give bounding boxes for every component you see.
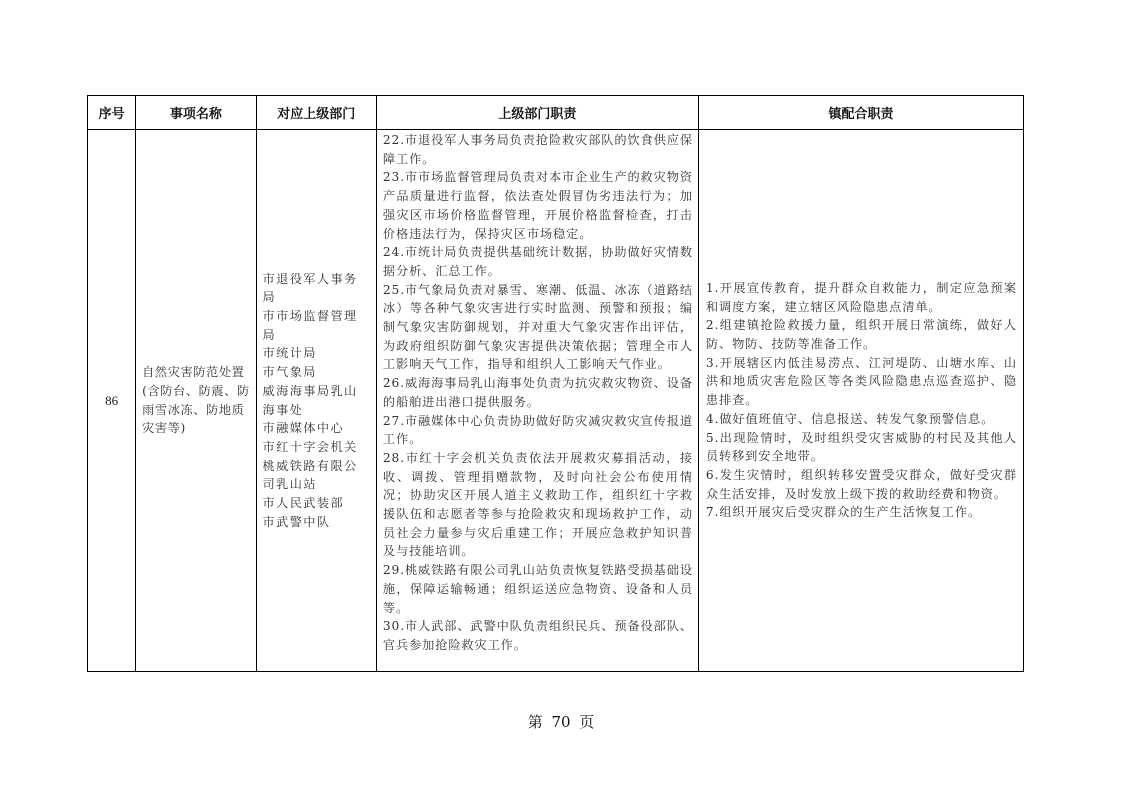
header-item-name: 事项名称 (136, 96, 256, 130)
table-header-row: 序号 事项名称 对应上级部门 上级部门职责 镇配合职责 (88, 96, 1024, 130)
department-line: 市统计局 (263, 344, 372, 363)
town-duty-item: 5.出现险情时，及时组织受灾害威胁的村民及其他人员转移到安全地带。 (706, 429, 1017, 466)
upper-duty-item: 29.桃威铁路有限公司乳山站负责恢复铁路受损基础设施，保障运输畅通；组织运送应急… (383, 561, 693, 617)
page-number: 第 70 页 (0, 711, 1122, 732)
cell-seq: 86 (88, 130, 136, 672)
town-duty-item: 1.开展宣传教育，提升群众自救能力，制定应急预案和调度方案，建立辖区风险隐患点清… (706, 279, 1017, 316)
table-row: 86 自然灾害防范处置(含防台、防震、防雨雪冰冻、防地质灾害等) 市退役军人事务… (88, 130, 1024, 672)
town-duty-item: 2.组建镇抢险救援力量，组织开展日常演练，做好人防、物防、技防等准备工作。 (706, 316, 1017, 353)
responsibility-table: 序号 事项名称 对应上级部门 上级部门职责 镇配合职责 86 自然灾害防范处置(… (87, 95, 1024, 672)
upper-duty-item: 25.市气象局负责对暴雪、寒潮、低温、冰冻（道路结冰）等各种气象灾害进行实时监测… (383, 281, 693, 375)
header-upper-department: 对应上级部门 (256, 96, 376, 130)
department-line: 局 (263, 288, 372, 307)
town-duty-item: 4.做好值班值守、信息报送、转发气象预警信息。 (706, 410, 1017, 429)
upper-duty-item: 23.市市场监督管理局负责对本市企业生产的救灾物资产品质量进行监督，依法查处假冒… (383, 168, 693, 243)
department-line: 市市场监督管理 (263, 307, 372, 326)
header-upper-duties: 上级部门职责 (376, 96, 698, 130)
department-line: 市红十字会机关 (263, 438, 372, 457)
upper-duty-item: 28.市红十字会机关负责依法开展救灾募捐活动，接收、调拨、管理捐赠款物，及时向社… (383, 449, 693, 561)
department-line: 市退役军人事务 (263, 270, 372, 289)
town-duty-item: 7.组织开展灾后受灾群众的生产生活恢复工作。 (706, 503, 1017, 522)
cell-item-name: 自然灾害防范处置(含防台、防震、防雨雪冰冻、防地质灾害等) (136, 130, 256, 672)
department-line: 威海海事局乳山 (263, 382, 372, 401)
department-line: 海事处 (263, 401, 372, 420)
cell-departments: 市退役军人事务 局 市市场监督管理 局 市统计局 市气象局 威海海事局乳山 海事… (256, 130, 376, 672)
upper-duty-item: 26.威海海事局乳山海事处负责为抗灾救灾物资、设备的船舶进出港口提供服务。 (383, 374, 693, 411)
header-town-duties: 镇配合职责 (698, 96, 1023, 130)
upper-duty-item: 30.市人武部、武警中队负责组织民兵、预备役部队、官兵参加抢险救灾工作。 (383, 617, 693, 654)
upper-duty-item: 24.市统计局负责提供基础统计数据，协助做好灾情数据分析、汇总工作。 (383, 243, 693, 280)
department-line: 市人民武装部 (263, 494, 372, 513)
department-line: 市气象局 (263, 363, 372, 382)
upper-duty-item: 27.市融媒体中心负责协助做好防灾减灾救灾宣传报道工作。 (383, 412, 693, 449)
department-line: 市武警中队 (263, 513, 372, 532)
cell-town-duties: 1.开展宣传教育，提升群众自救能力，制定应急预案和调度方案，建立辖区风险隐患点清… (698, 130, 1023, 672)
department-line: 局 (263, 326, 372, 345)
department-line: 市融媒体中心 (263, 419, 372, 438)
department-line: 桃威铁路有限公 (263, 457, 372, 476)
town-duty-item: 6.发生灾情时，组织转移安置受灾群众，做好受灾群众生活安排，及时发放上级下拨的救… (706, 466, 1017, 503)
header-seq: 序号 (88, 96, 136, 130)
upper-duty-item: 22.市退役军人事务局负责抢险救灾部队的饮食供应保障工作。 (383, 131, 693, 168)
town-duty-item: 3.开展辖区内低洼易涝点、江河堤防、山塘水库、山洪和地质灾害危险区等各类风险隐患… (706, 354, 1017, 410)
cell-upper-duties: 22.市退役军人事务局负责抢险救灾部队的饮食供应保障工作。 23.市市场监督管理… (376, 130, 698, 672)
department-line: 司乳山站 (263, 475, 372, 494)
